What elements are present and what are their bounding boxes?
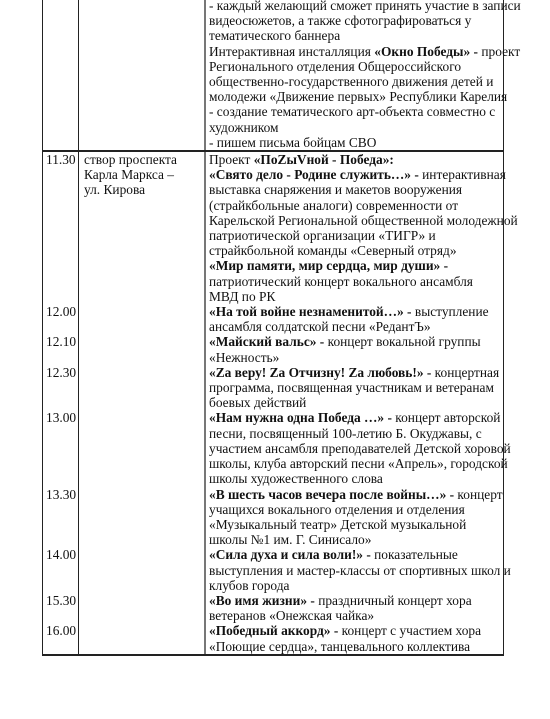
time-label (46, 456, 76, 471)
time-cell (43, 0, 79, 151)
event-title: «Во имя жизни» - (209, 593, 315, 608)
event-title: «ПоZыVной - Победа»: (254, 152, 394, 167)
time-label: 12.30 (46, 365, 76, 380)
event-title: «Свято дело - Родине служить…» - (209, 167, 419, 182)
place-text: Карла Маркса – (84, 167, 201, 182)
description-line: страйкбольной команды «Северный отряд» (209, 243, 500, 258)
description-line: тематического баннера (209, 28, 500, 43)
time-label (46, 289, 76, 304)
description-line: программа, посвященная участникам и вете… (209, 380, 500, 395)
description-line: - создание тематического арт-объекта сов… (209, 104, 500, 119)
time-label (46, 639, 76, 654)
description-text: школы №1 им. Г. Синисало» (209, 532, 371, 547)
description-text: школы художественного слова (209, 471, 383, 486)
description-text: проект (478, 44, 520, 59)
description-text: ансамбля солдатской песни «РедантЪ» (209, 319, 431, 334)
description-text: интерактивная (419, 167, 506, 182)
event-title: «На той войне незнаменитой…» - (209, 304, 412, 319)
event-title: «Мир памяти, мир сердца, мир души» - (209, 258, 448, 273)
time-label: 12.10 (46, 334, 76, 349)
description-text: патриотической организации «ТИГР» и (209, 228, 436, 243)
description-line: «Сила духа и сила воли!» - показательные (209, 547, 500, 562)
description-text: выставка снаряжения и макетов вооружения (209, 182, 462, 197)
time-label: 12.00 (46, 304, 76, 319)
description-text: Проект (209, 152, 254, 167)
event-title: «Zа веру! Zа Отчизну! Zа любовь!» - (209, 365, 431, 380)
description-text: Регионального отделения Общероссийского (209, 59, 461, 74)
description-text: МВД по РК (209, 289, 275, 304)
description-text: патриотический концерт вокального ансамб… (209, 274, 473, 289)
place-text: створ проспекта (84, 152, 201, 167)
description-text: концертная (431, 365, 499, 380)
description-line: «Поющие сердца», танцевального коллектив… (209, 639, 500, 654)
place-cell: створ проспектаКарла Маркса –ул. Кирова (79, 151, 206, 655)
description-line: выступления и мастер-классы от спортивны… (209, 563, 500, 578)
description-line: МВД по РК (209, 289, 500, 304)
place-text: ул. Кирова (84, 182, 201, 197)
description-line: «Во имя жизни» - праздничный концерт хор… (209, 593, 500, 608)
time-label (46, 502, 76, 517)
description-text: показательные (371, 547, 458, 562)
event-title: «Майский вальс» - (209, 334, 324, 349)
description-text: художником (209, 120, 279, 135)
description-line: (страйкбольные аналоги) современности от (209, 198, 500, 213)
description-line: - каждый желающий сможет принять участие… (209, 0, 500, 13)
schedule-table: - каждый желающий сможет принять участие… (42, 0, 504, 656)
description-line: видеосюжетов, а также сфотографироваться… (209, 13, 500, 28)
description-line: Карельской Региональной общественной мол… (209, 213, 500, 228)
description-text: Карельской Региональной общественной мол… (209, 213, 518, 228)
time-label (46, 471, 76, 486)
event-description-cell: Проект «ПоZыVной - Победа»:«Свято дело -… (205, 151, 504, 655)
description-text: Интерактивная инсталляция (209, 44, 374, 59)
table-row: 11.30 12.00 12.10 12.30 13.00 13.30 14.0… (43, 151, 504, 655)
time-label: 13.00 (46, 410, 76, 425)
description-line: участием ансамбля преподавателей Детской… (209, 441, 500, 456)
time-label (46, 608, 76, 623)
description-text: общественно-государственного движения де… (209, 74, 493, 89)
description-line: «Музыкальный театр» Детской музыкальной (209, 517, 500, 532)
description-text: праздничный концерт хора (315, 593, 472, 608)
description-text: - каждый желающий сможет принять участие… (209, 0, 521, 13)
description-text: «Музыкальный театр» Детской музыкальной (209, 517, 466, 532)
time-label: 14.00 (46, 547, 76, 562)
description-text: боевых действий (209, 395, 306, 410)
time-label (46, 563, 76, 578)
description-text: концерт (454, 487, 503, 502)
description-line: «Победный аккорд» - концерт с участием х… (209, 623, 500, 638)
description-line: патриотический концерт вокального ансамб… (209, 274, 500, 289)
description-line: художником (209, 120, 500, 135)
description-line: ансамбля солдатской песни «РедантЪ» (209, 319, 500, 334)
description-text: концерт вокальной группы (324, 334, 480, 349)
description-line: общественно-государственного движения де… (209, 74, 500, 89)
time-label (46, 182, 76, 197)
description-text: концерт авторской (392, 410, 501, 425)
time-label: 11.30 (46, 152, 76, 167)
description-text: «Поющие сердца», танцевального коллектив… (209, 639, 470, 654)
description-line: «На той войне незнаменитой…» - выступлен… (209, 304, 500, 319)
description-text: - создание тематического арт-объекта сов… (209, 104, 495, 119)
time-label (46, 517, 76, 532)
description-text: учащихся вокального отделения и отделени… (209, 502, 465, 517)
description-text: концерт с участием хора (338, 623, 481, 638)
description-line: песни, посвященный 100-летию Б. Окуджавы… (209, 426, 500, 441)
description-line: «Нежность» (209, 350, 500, 365)
description-text: выступление (412, 304, 489, 319)
description-text: выступления и мастер-классы от спортивны… (209, 563, 511, 578)
description-line: выставка снаряжения и макетов вооружения (209, 182, 500, 197)
description-line: «Свято дело - Родине служить…» - интерак… (209, 167, 500, 182)
event-title: «В шесть часов вечера после войны…» - (209, 487, 454, 502)
time-label (46, 380, 76, 395)
event-title: «Окно Победы» - (374, 44, 478, 59)
time-label (46, 395, 76, 410)
table-row: - каждый желающий сможет принять участие… (43, 0, 504, 151)
place-cell (79, 0, 206, 151)
description-text: программа, посвященная участникам и вете… (209, 380, 494, 395)
description-line: Интерактивная инсталляция «Окно Победы» … (209, 44, 500, 59)
description-line: Проект «ПоZыVной - Победа»: (209, 152, 500, 167)
description-text: участием ансамбля преподавателей Детской… (209, 441, 511, 456)
description-text: видеосюжетов, а также сфотографироваться… (209, 13, 471, 28)
description-text: тематического баннера (209, 28, 340, 43)
time-label (46, 441, 76, 456)
time-label (46, 426, 76, 441)
description-text: - пишем письма бойцам СВО (209, 135, 376, 150)
description-text: страйкбольной команды «Северный отряд» (209, 243, 457, 258)
description-line: «Майский вальс» - концерт вокальной груп… (209, 334, 500, 349)
description-line: ветеранов «Онежская чайка» (209, 608, 500, 623)
description-text: (страйкбольные аналоги) современности от (209, 198, 458, 213)
event-title: «Нам нужна одна Победа …» - (209, 410, 392, 425)
description-line: учащихся вокального отделения и отделени… (209, 502, 500, 517)
description-text: молодежи «Движение первых» Республики Ка… (209, 89, 507, 104)
time-label (46, 198, 76, 213)
time-label (46, 274, 76, 289)
time-label (46, 213, 76, 228)
time-label (46, 532, 76, 547)
description-line: «В шесть часов вечера после войны…» - ко… (209, 487, 500, 502)
time-label: 13.30 (46, 487, 76, 502)
description-line: школы художественного слова (209, 471, 500, 486)
event-title: «Сила духа и сила воли!» - (209, 547, 371, 562)
description-text: школы, клуба авторский песни «Апрель», г… (209, 456, 508, 471)
description-line: патриотической организации «ТИГР» и (209, 228, 500, 243)
description-line: клубов города (209, 578, 500, 593)
description-line: «Мир памяти, мир сердца, мир души» - (209, 258, 500, 273)
description-text: ветеранов «Онежская чайка» (209, 608, 374, 623)
description-line: «Нам нужна одна Победа …» - концерт авто… (209, 410, 500, 425)
time-label (46, 258, 76, 273)
description-line: молодежи «Движение первых» Республики Ка… (209, 89, 500, 104)
description-line: Регионального отделения Общероссийского (209, 59, 500, 74)
time-label (46, 243, 76, 258)
description-text: клубов города (209, 578, 290, 593)
description-line: школы №1 им. Г. Синисало» (209, 532, 500, 547)
event-description-cell: - каждый желающий сможет принять участие… (205, 0, 504, 151)
time-label (46, 228, 76, 243)
time-label (46, 319, 76, 334)
description-line: - пишем письма бойцам СВО (209, 135, 500, 150)
description-text: песни, посвященный 100-летию Б. Окуджавы… (209, 426, 482, 441)
description-line: боевых действий (209, 395, 500, 410)
time-label (46, 350, 76, 365)
time-cell: 11.30 12.00 12.10 12.30 13.00 13.30 14.0… (43, 151, 79, 655)
description-line: школы, клуба авторский песни «Апрель», г… (209, 456, 500, 471)
description-line: «Zа веру! Zа Отчизну! Zа любовь!» - конц… (209, 365, 500, 380)
description-text: «Нежность» (209, 350, 279, 365)
time-label: 15.30 (46, 593, 76, 608)
time-label: 16.00 (46, 623, 76, 638)
document-page: - каждый желающий сможет принять участие… (0, 0, 550, 719)
event-title: «Победный аккорд» - (209, 623, 338, 638)
time-label (46, 578, 76, 593)
time-label (46, 167, 76, 182)
